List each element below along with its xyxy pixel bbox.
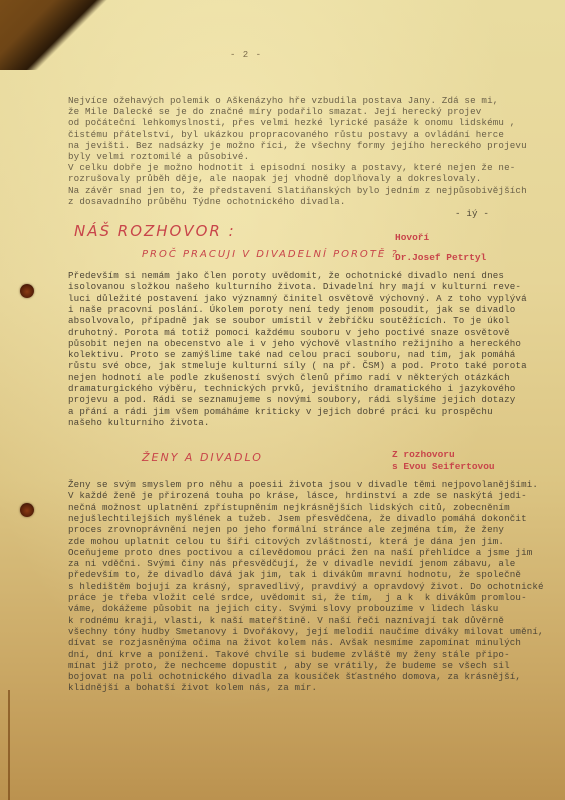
- text-line: mínat již proto, že nechceme dopustit , …: [68, 660, 510, 671]
- punch-hole-icon: [20, 503, 34, 517]
- text-line: V každé ženě je přirozená touha po kráse…: [68, 490, 527, 501]
- text-line: na jevišti. Bez nadsázky je možno říci, …: [68, 140, 527, 151]
- text-line: byly velmi roztomilé a působivé.: [68, 151, 249, 162]
- women-article-heading: ŽENY A DIVADLO: [142, 451, 263, 464]
- author-signature: - iý -: [455, 208, 489, 219]
- text-line: Na závěr snad jen to, že představení Sla…: [68, 185, 527, 196]
- text-line: nečná možnost uplatnění zpřístupněním ne…: [68, 502, 510, 513]
- folded-corner-shadow: [0, 0, 110, 70]
- text-line: projevu a pod. Rádi se seznamujeme s nov…: [68, 394, 515, 405]
- page-number: - 2 -: [230, 50, 262, 60]
- page-edge: [8, 690, 10, 800]
- text-line: působit nejen na obecenstvo ale i v jeho…: [68, 338, 521, 349]
- text-line: z dosavadního průběhu Týdne ochotnického…: [68, 196, 346, 207]
- text-line: rozrušovaly průběh děje, ale naopak jej …: [68, 173, 481, 184]
- text-line: váme, dokážeme působit na jejich city. S…: [68, 603, 498, 614]
- text-line: Oceňujeme proto dnes poctivou a cílevědo…: [68, 547, 532, 558]
- text-line: nejen hodnotí ale podle zkušeností svých…: [68, 372, 510, 383]
- text-line: za ni vděčni. Svými činy nás přesvědčují…: [68, 558, 515, 569]
- source-line-1: Z rozhovoru: [392, 449, 455, 460]
- document-page: - 2 - Nejvíce ožehavých polemik o Aškená…: [0, 0, 565, 800]
- text-line: kolektivu. Proto se zamýšlíme také nad c…: [68, 349, 515, 360]
- text-line: všechny tóny hudby Smetanovy i Dvořákovy…: [68, 626, 544, 637]
- interview-heading: NÁŠ ROZHOVOR :: [74, 222, 236, 240]
- speaker-name: Dr.Josef Petrtyl: [395, 252, 486, 263]
- speaks-label: Hovoří: [395, 232, 429, 243]
- text-line: zde mohou uplatnit celou tu šíři citovýc…: [68, 536, 504, 547]
- text-line: druhotný. Porota má totiž pomoci každému…: [68, 327, 510, 338]
- text-line: luci důležité postavení jako významný či…: [68, 293, 527, 304]
- text-line: a přání a rádi jim všem pomáháme kritick…: [68, 406, 493, 417]
- text-line: dní, dní krve a ponížení. Takové chvíle …: [68, 649, 510, 660]
- text-line: Především si nemám jako člen poroty uvěd…: [68, 270, 504, 281]
- text-line: našeho kulturního života.: [68, 417, 210, 428]
- text-line: proces zrovnoprávnění nejen po jeho form…: [68, 524, 504, 535]
- text-line: k rodnému kraji, vlasti, k naší mateřšti…: [68, 615, 504, 626]
- punch-hole-icon: [20, 284, 34, 298]
- text-line: od počáteční lehkomyslnosti, přes velmi …: [68, 117, 515, 128]
- text-line: nejušlechtilejších myšlének a tužeb. Jse…: [68, 513, 527, 524]
- text-line: absolvovalo, případně jak se soubor umís…: [68, 315, 510, 326]
- text-line: dramaturgického výběru, technických prvk…: [68, 383, 515, 394]
- text-line: růstu své obce, jak stmeluje kulturní sí…: [68, 360, 527, 371]
- source-line-2: s Evou Seifertovou: [392, 461, 495, 472]
- text-line: především to, že divadlo dává jak jim, t…: [68, 569, 521, 580]
- text-line: V celku dobře je možno hodnotit i episod…: [68, 162, 515, 173]
- text-line: čistému přátelství, byl ukázkou propraco…: [68, 129, 504, 140]
- text-line: klidnější a bohatší život kolem nás, za …: [68, 682, 317, 693]
- text-line: Ženy se svým smyslem pro něhu a poesii ž…: [68, 479, 538, 490]
- text-line: dívat se rozjasněnýma očima na život kol…: [68, 637, 521, 648]
- text-line: s hledištěm bojují za krásný, spravedliv…: [68, 581, 544, 592]
- text-line: i naše pracovní poslání. Úkolem poroty n…: [68, 304, 515, 315]
- text-line: Nejvíce ožehavých polemik o Aškenázyho h…: [68, 95, 498, 106]
- interview-subheading: PROČ PRACUJI V DIVADELNÍ POROTĚ ?: [142, 249, 399, 260]
- text-line: že Mile Dalecké se je do značné míry pod…: [68, 106, 481, 117]
- text-line: bojovat na poli ochotnického divadla za …: [68, 671, 521, 682]
- text-line: práce je třeba vložit celé srdce, uvědom…: [68, 592, 527, 603]
- text-line: isolovanou složkou našeho kulturního živ…: [68, 281, 521, 292]
